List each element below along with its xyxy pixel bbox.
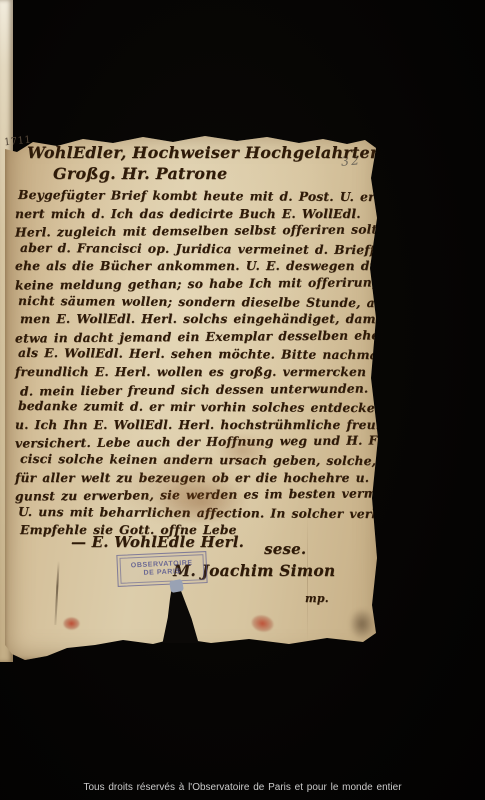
observatoire-de-paris-stamp: OBSERVATOIRE DE PARIS (116, 551, 207, 587)
stamp-line2: DE PARIS (143, 568, 181, 578)
closing-suffix: sese. (264, 540, 306, 558)
manuscript-line: men E. WollEdl. Herl. solchs eingehändig… (20, 310, 373, 328)
ink-smudge (215, 433, 270, 468)
page-weight-tip (169, 579, 184, 593)
manuscript-line: freundlich E. Herl. wollen es großg. ver… (15, 363, 373, 381)
red-stain (63, 617, 80, 630)
letter-closing: — E. WohlEdle Herl.sese. (71, 533, 306, 551)
paper-crease (307, 513, 308, 643)
paper-fiber-mark (54, 561, 59, 625)
manuscript-line: ehe als die Bücher ankommen. U. E. deswe… (15, 257, 373, 275)
manuscript-line: Beygefügter Brief kombt heute mit d. Pos… (18, 186, 373, 206)
letter-heading-line1: WohlEdler, Hochweiser Hochgelahrter (27, 143, 379, 162)
manuscript-line: keine meldung gethan; so habe Ich mit of… (15, 273, 373, 294)
letter-heading-line2: Großg. Hr. Patrone (53, 164, 227, 183)
manuscript-line: nicht säumen wollen; sondern dieselbe St… (18, 291, 373, 311)
closing-salutation: — E. WohlEdle Herl. (71, 533, 244, 551)
manuscript-line: u. Ich Ihn E. WollEdl. Herl. hochstrühml… (15, 416, 373, 434)
copyright-footer: Tous droits réservés à l'Observatoire de… (0, 782, 485, 793)
manuscript-line: als E. WollEdl. Herl. sehen möchte. Bitt… (18, 344, 373, 364)
manuscript-line: aber d. Francisci op. Juridica vermeinet… (20, 239, 373, 259)
ink-smudge (155, 478, 250, 526)
manuscript-line: nert mich d. Ich das dedicirte Buch E. W… (15, 205, 373, 223)
red-stain (249, 613, 275, 634)
manuscript-line: bedanke zumit d. er mir vorhin solches e… (18, 397, 373, 417)
manuscript-page: 32 WohlEdler, Hochweiser Hochgelahrter G… (5, 133, 383, 660)
scanned-document-view: 1711 32 WohlEdler, Hochweiser Hochgelahr… (0, 0, 485, 800)
corner-stain (349, 608, 375, 640)
signature-flourish: mp. (305, 592, 329, 605)
